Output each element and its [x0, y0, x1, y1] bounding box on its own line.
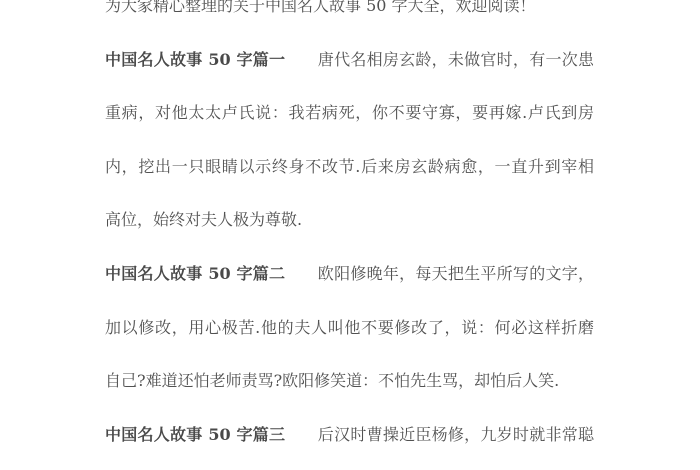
- text-line: 为大家精心整理的关于中国名人故事 50 字大全，欢迎阅读！: [105, 0, 594, 33]
- body-text: 重病，对他太太卢氏说：我若病死，你不要守寡，要再嫁.卢氏到房: [105, 103, 594, 122]
- body-text: 自己?难道还怕老师责骂?欧阳修笑道：不怕先生骂，却怕后人笑.: [105, 371, 559, 390]
- section-heading: 中国名人故事 50 字篇二: [105, 264, 285, 283]
- body-text: 唐代名相房玄龄，未做官时，有一次患: [285, 50, 594, 69]
- text-line: 自己?难道还怕老师责骂?欧阳修笑道：不怕先生骂，却怕后人笑.: [105, 354, 594, 408]
- text-line-with-heading: 中国名人故事 50 字篇一 唐代名相房玄龄，未做官时，有一次患: [105, 33, 594, 87]
- text-line: 重病，对他太太卢氏说：我若病死，你不要守寡，要再嫁.卢氏到房: [105, 86, 594, 140]
- body-text: 高位，始终对夫人极为尊敬.: [105, 210, 302, 229]
- body-text: 内，挖出一只眼睛以示终身不改节.后来房玄龄病愈，一直升到宰相: [105, 157, 594, 176]
- text-line-with-heading: 中国名人故事 50 字篇二 欧阳修晚年，每天把生平所写的文字，: [105, 247, 594, 301]
- document-page: { "page": { "background": "#ffffff", "te…: [0, 0, 700, 470]
- body-text: 欧阳修晚年，每天把生平所写的文字，: [285, 264, 594, 283]
- document-text-block: 为大家精心整理的关于中国名人故事 50 字大全，欢迎阅读！中国名人故事 50 字…: [105, 0, 594, 461]
- text-line-with-heading: 中国名人故事 50 字篇三 后汉时曹操近臣杨修，九岁时就非常聪: [105, 408, 594, 462]
- body-text: 为大家精心整理的关于中国名人故事 50 字大全，欢迎阅读！: [105, 0, 536, 15]
- section-heading: 中国名人故事 50 字篇一: [105, 50, 285, 69]
- body-text: 加以修改，用心极苦.他的夫人叫他不要修改了，说：何必这样折磨: [105, 318, 594, 337]
- text-line: 加以修改，用心极苦.他的夫人叫他不要修改了，说：何必这样折磨: [105, 301, 594, 355]
- text-line: 高位，始终对夫人极为尊敬.: [105, 193, 594, 247]
- body-text: 后汉时曹操近臣杨修，九岁时就非常聪: [285, 425, 594, 444]
- text-line: 内，挖出一只眼睛以示终身不改节.后来房玄龄病愈，一直升到宰相: [105, 140, 594, 194]
- section-heading: 中国名人故事 50 字篇三: [105, 425, 285, 444]
